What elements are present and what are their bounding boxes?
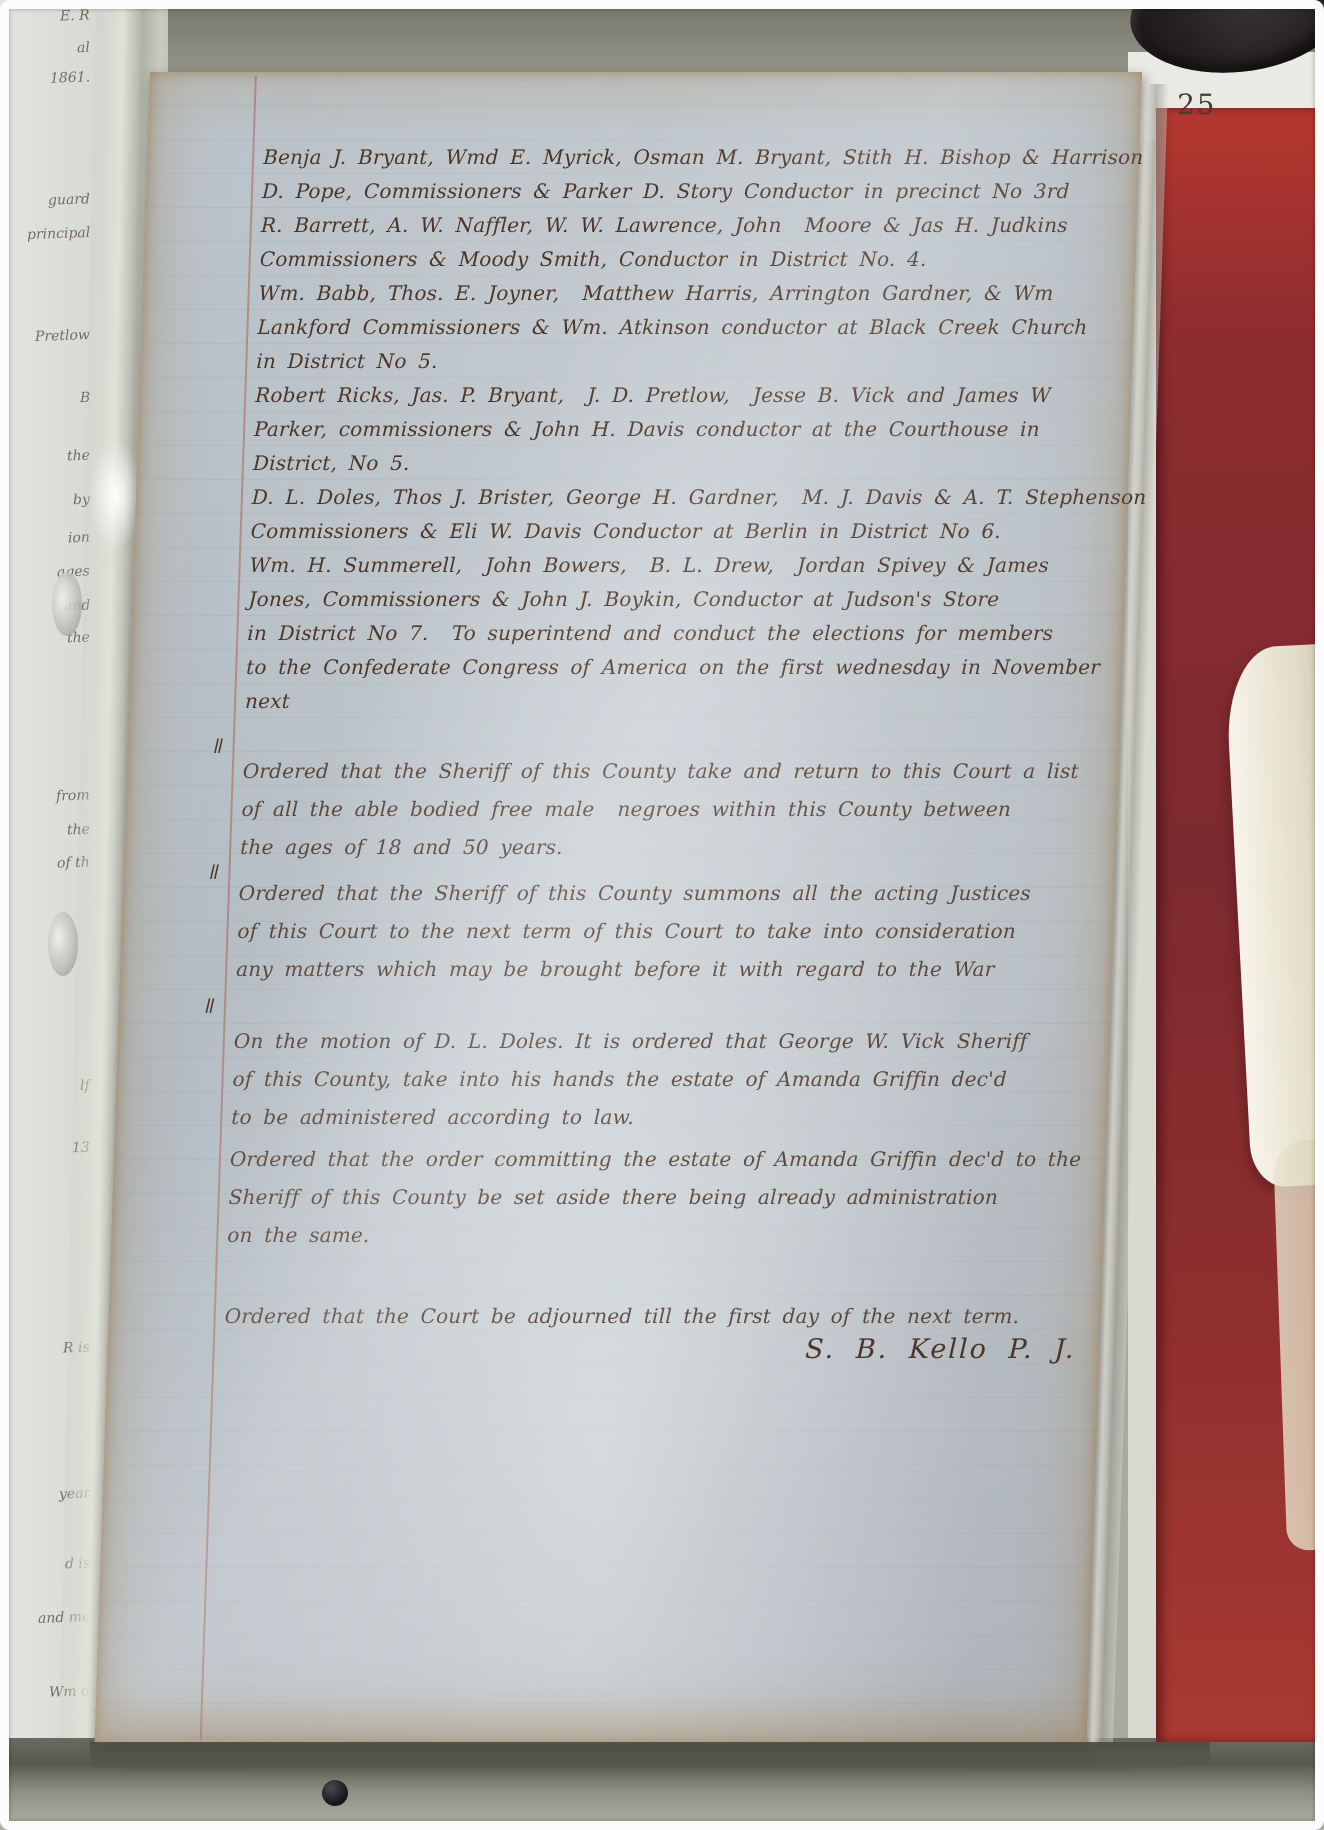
manuscript-line: Ordered that the order committing the es… (229, 1140, 1082, 1178)
manuscript-fragment: 1861. (50, 69, 91, 86)
manuscript-line: in District No 7. To superintend and con… (247, 616, 1100, 650)
manuscript-line: Wm. H. Summerell, John Bowers, B. L. Dre… (249, 548, 1102, 582)
paragraph-mark: ǁ (209, 860, 220, 884)
manuscript-line: District, No 5. (252, 446, 1105, 480)
paragraph-commissioners: Benja J. Bryant, Wmd E. Myrick, Osman M.… (245, 140, 1116, 718)
manuscript-line: R. Barrett, A. W. Naffler, W. W. Lawrenc… (260, 208, 1113, 242)
manuscript-line: Lankford Commissioners & Wm. Atkinson co… (257, 310, 1110, 344)
manuscript-line: D. Pope, Commissioners & Parker D. Story… (261, 174, 1114, 208)
paragraph-adjournment: Ordered that the Court be adjourned till… (224, 1297, 1077, 1335)
manuscript-line: On the motion of D. L. Doles. It is orde… (233, 1022, 1086, 1060)
manuscript-line: of this Court to the next term of this C… (237, 912, 1090, 950)
manuscript-line: next (245, 684, 1098, 718)
binder-ring (48, 912, 78, 976)
manuscript-line: any matters which may be brought before … (236, 950, 1089, 988)
manuscript-line: to the Confederate Congress of America o… (246, 650, 1099, 684)
manuscript-line: Jones, Commissioners & John J. Boykin, C… (248, 582, 1101, 616)
manuscript-line: Ordered that the Sheriff of this County … (242, 752, 1095, 790)
manuscript-line: to be administered according to law. (231, 1098, 1084, 1136)
manuscript-line: Benja J. Bryant, Wmd E. Myrick, Osman M.… (263, 140, 1116, 174)
page-shadow (90, 1742, 1210, 1776)
manuscript-fragment: al (77, 40, 90, 56)
manuscript-line: Robert Ricks, Jas. P. Bryant, J. D. Pret… (255, 378, 1108, 412)
manuscript-line: Ordered that the Sheriff of this County … (238, 874, 1091, 912)
manuscript-fragment: Pretlow (35, 327, 90, 345)
manuscript-line: in District No 5. (256, 344, 1109, 378)
manuscript-line: Sheriff of this County be set aside ther… (228, 1178, 1081, 1216)
manuscript-line: Parker, commissioners & John H. Davis co… (254, 412, 1107, 446)
manuscript-fragment: guard (48, 191, 91, 208)
manuscript-line: D. L. Doles, Thos J. Brister, George H. … (251, 480, 1104, 514)
paragraph-mark: ǁ (205, 994, 216, 1018)
photo-of-minute-book: E. R al 1861. guard principal Pretlow B … (0, 0, 1324, 1830)
binder-screw (322, 1780, 348, 1806)
manuscript-fragment: E. R (60, 7, 90, 24)
paragraph-order-set-aside: Ordered that the order committing the es… (227, 1140, 1083, 1254)
binder-ring (52, 572, 82, 636)
minute-book-page: 25 Benja J. Bryant, Wmd E. Myrick, Osman… (95, 72, 1142, 1744)
manuscript-line: on the same. (227, 1216, 1080, 1254)
manuscript-fragment: principal (26, 225, 90, 243)
manuscript-line: the ages of 18 and 50 years. (240, 828, 1093, 866)
manuscript-line: Commissioners & Eli W. Davis Conductor a… (250, 514, 1103, 548)
manuscript-line: Ordered that the Court be adjourned till… (224, 1297, 1077, 1335)
signature: S. B. Kello P. J. (567, 1334, 1076, 1365)
paragraph-summons-justices: Ordered that the Sheriff of this County … (236, 874, 1092, 988)
paragraph-estate-motion: On the motion of D. L. Doles. It is orde… (231, 1022, 1087, 1136)
paragraph-sheriff-list: Ordered that the Sheriff of this County … (240, 752, 1096, 866)
manuscript-line: Commissioners & Moody Smith, Conductor i… (259, 242, 1112, 276)
paragraph-mark: ǁ (213, 734, 224, 758)
page-number: 25 (1176, 88, 1217, 121)
manuscript-line: Wm. Babb, Thos. E. Joyner, Matthew Harri… (258, 276, 1111, 310)
manuscript-line: of all the able bodied free male negroes… (241, 790, 1094, 828)
manuscript-line: of this County, take into his hands the … (232, 1060, 1085, 1098)
